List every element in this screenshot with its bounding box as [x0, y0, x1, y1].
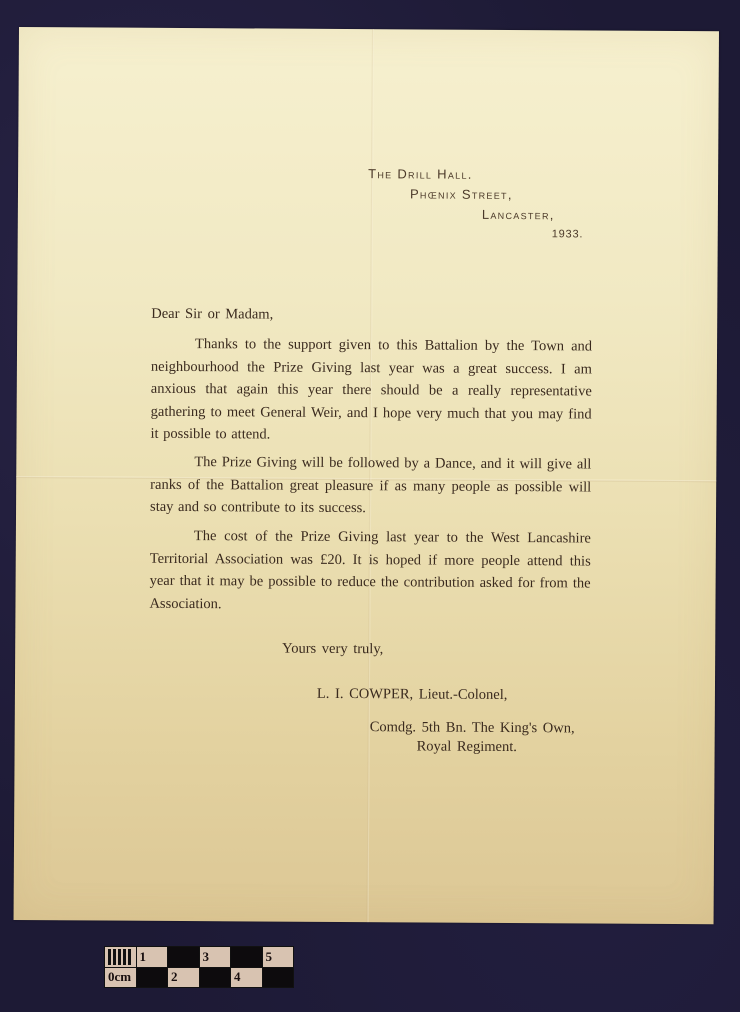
paragraph-1: Thanks to the support given to this Batt… — [150, 333, 592, 448]
ruler-cell-3: 3 — [200, 947, 231, 967]
ruler-cell-dark — [200, 968, 231, 988]
ruler-cell-dark — [137, 968, 168, 988]
ruler-cell-0cm: 0cm — [105, 968, 136, 988]
ruler-cell-2: 2 — [168, 968, 199, 988]
complimentary-close: Yours very truly, — [282, 641, 383, 659]
letter-year: 1933. — [552, 228, 584, 240]
salutation: Dear Sir or Madam, — [151, 306, 273, 324]
address-line-1: The Drill Hall. — [368, 166, 473, 182]
address-line-2: Phœnix Street, — [410, 186, 513, 202]
signature-title-line-2: Royal Regiment. — [417, 738, 517, 756]
signature-title-line-1: Comdg. 5th Bn. The King's Own, — [370, 719, 575, 737]
ruler-cell-dark — [168, 947, 199, 967]
scale-ruler: 1 3 5 0cm 2 4 — [104, 946, 294, 988]
ruler-cell-5: 5 — [263, 947, 294, 967]
ruler-mm-ticks — [105, 947, 136, 967]
address-line-3: Lancaster, — [482, 207, 555, 222]
paragraph-3: The cost of the Prize Giving last year t… — [149, 525, 591, 618]
ruler-cell-dark — [231, 947, 262, 967]
ruler-cell-dark — [263, 968, 294, 988]
letter-paper: The Drill Hall. Phœnix Street, Lancaster… — [14, 27, 719, 924]
signature-name: L. I. COWPER, Lieut.-Colonel, — [317, 686, 508, 704]
ruler-cell-1: 1 — [137, 947, 168, 967]
paragraph-2: The Prize Giving will be followed by a D… — [150, 451, 591, 521]
ruler-cell-4: 4 — [231, 968, 262, 988]
